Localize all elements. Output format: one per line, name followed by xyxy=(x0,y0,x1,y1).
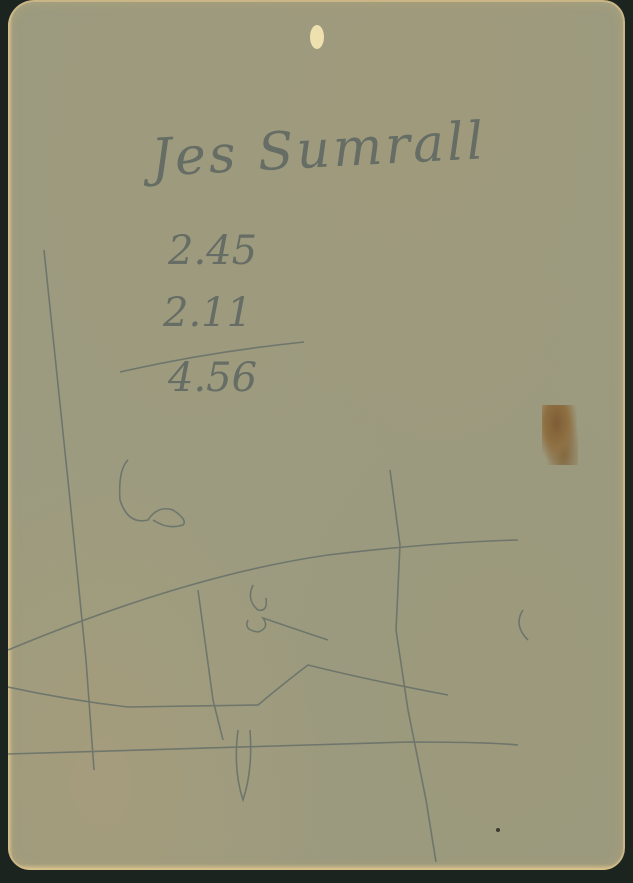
vertical-line-left xyxy=(44,250,94,770)
ink-dot xyxy=(496,828,500,832)
doodle-loop-2 xyxy=(247,585,328,640)
doodle-loop-3 xyxy=(236,730,250,800)
doodle-arc xyxy=(519,610,528,640)
pencil-sketch-lines xyxy=(8,0,625,870)
wavy-line xyxy=(8,665,448,707)
antique-card-back: Jes Sumrall 2.45 2.11 4.56 xyxy=(8,0,625,870)
doodle-loop-1 xyxy=(120,460,185,527)
sum-underline xyxy=(120,342,304,372)
vertical-line-right xyxy=(390,470,436,862)
vertical-line-middle xyxy=(198,590,223,740)
horizontal-line-bottom xyxy=(8,742,518,754)
curve-line xyxy=(8,540,518,650)
